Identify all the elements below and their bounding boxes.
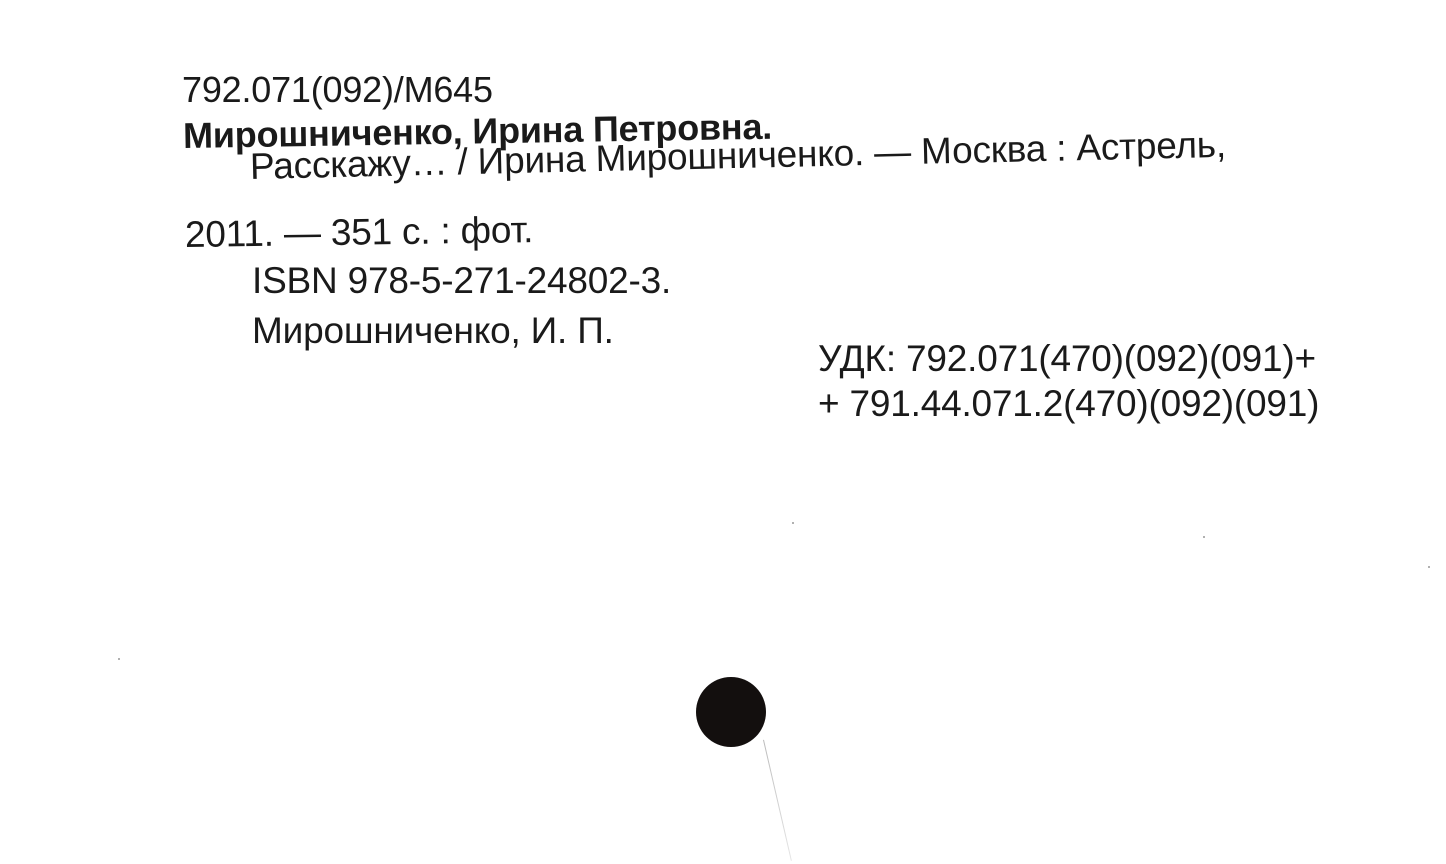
added-entry: Мирошниченко, И. П. [252,312,614,349]
catalog-card: 792.071(092)/М645 Мирошниченко, Ирина Пе… [0,0,1446,864]
udc-line-1: УДК: 792.071(470)(092)(091)+ [818,340,1316,377]
speck [1203,536,1205,538]
speck [118,658,120,660]
udc-line-2: + 791.44.071.2(470)(092)(091) [818,385,1319,422]
scratch-mark [763,740,792,861]
shelf-mark: 792.071(092)/М645 [182,72,493,108]
punch-hole [696,677,766,747]
isbn: ISBN 978-5-271-24802-3. [252,262,671,299]
imprint-continued: 2011. — 351 с. : фот. [185,211,534,253]
speck [792,522,794,524]
speck [1428,566,1430,568]
